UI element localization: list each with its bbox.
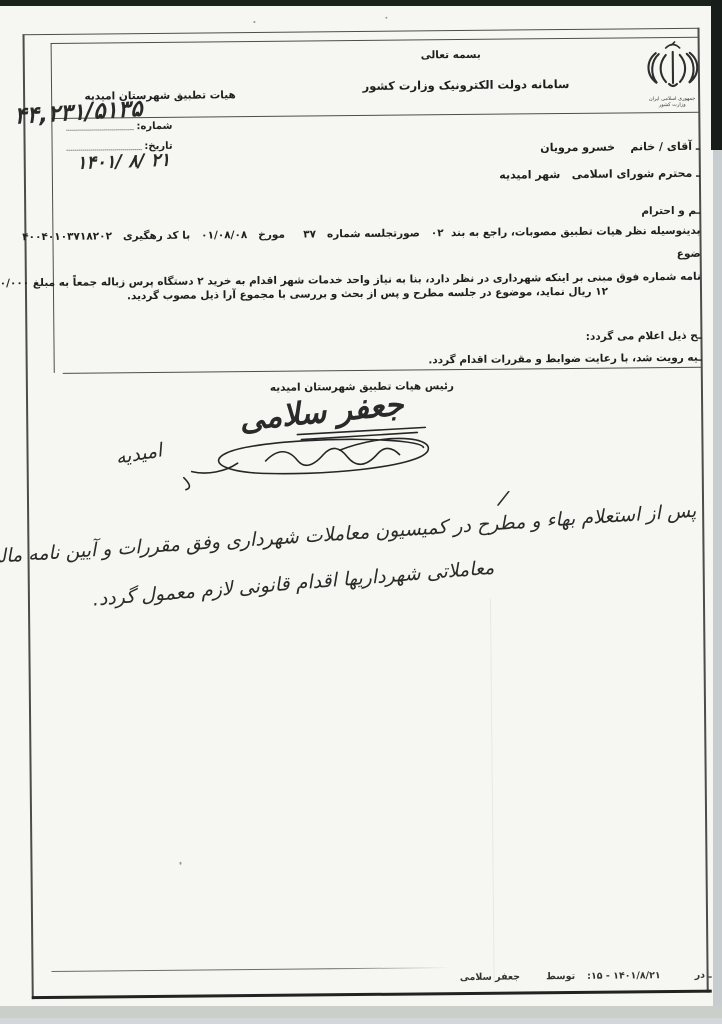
scanned-letter-page: بسمه تعالی سامانه دولت الکترونیک وزارت ک… <box>0 0 722 1024</box>
handwritten-date: ۱۴۰۱/ ۸/ ۲۱ <box>76 150 170 174</box>
emblem-caption: جمهوری اسلامی ایران وزارت کشور <box>644 96 700 109</box>
footer-fragment: ـ در <box>695 970 712 981</box>
scan-speck <box>179 862 181 865</box>
subject-label-fragment: ضوع <box>677 248 701 261</box>
emblem-caption-line2: وزارت کشور <box>644 102 700 109</box>
salutation-fragment: ـم و احترام <box>641 205 700 219</box>
footer-divider <box>52 967 450 972</box>
handwritten-note-line1: پس از استعلام بهاء و مطرح در کمیسیون معا… <box>0 500 696 570</box>
letterbox-bottom <box>63 367 702 374</box>
recipient-line2: ـ محترم شورای اسلامی شهر امیدیه <box>499 167 700 182</box>
note-stray-mark: / <box>498 485 509 510</box>
fold-line <box>490 599 495 984</box>
date-dotted-line <box>67 141 142 151</box>
bismillah-text: بسمه تعالی <box>391 49 511 63</box>
outer-frame-top <box>23 28 700 35</box>
footer-by-label: توسط <box>546 971 575 982</box>
letter-content: بسمه تعالی سامانه دولت الکترونیک وزارت ک… <box>0 0 722 1024</box>
footer-row: ـ در ۱۴۰۱/۸/۲۱ - ۱۵: توسط جعفر سلامی <box>460 970 712 983</box>
scan-speck <box>385 17 387 19</box>
recipient-line1: ـ آقای / خانم خسرو مرویان <box>540 140 699 155</box>
approval-fragment: ـیه رویت شد، با رعایت ضوابط و مقررات اقد… <box>428 352 701 368</box>
letterbox-left <box>51 43 55 373</box>
handwritten-note-line2: معاملاتی شهرداریها اقدام قانونی لازم معم… <box>92 557 495 611</box>
outer-frame-bottom <box>32 990 712 1000</box>
footer-by-name: جعفر سلامی <box>460 971 520 983</box>
number-label: شماره: <box>136 121 172 132</box>
system-title: سامانه دولت الکترونیک وزارت کشور <box>351 78 581 93</box>
letterbox-top <box>51 37 699 44</box>
footer-datetime: ۱۴۰۱/۸/۲۱ - ۱۵: <box>587 970 661 982</box>
resolution-fragment: ـح ذیل اعلام می گردد: <box>586 330 702 344</box>
reference-line: بدینوسیله نظر هیات تطبیق مصوبات، راجع به… <box>22 225 700 245</box>
header-divider <box>51 112 699 119</box>
iran-emblem-icon <box>642 41 704 94</box>
outer-frame-left <box>23 34 34 999</box>
scan-speck <box>253 21 255 23</box>
